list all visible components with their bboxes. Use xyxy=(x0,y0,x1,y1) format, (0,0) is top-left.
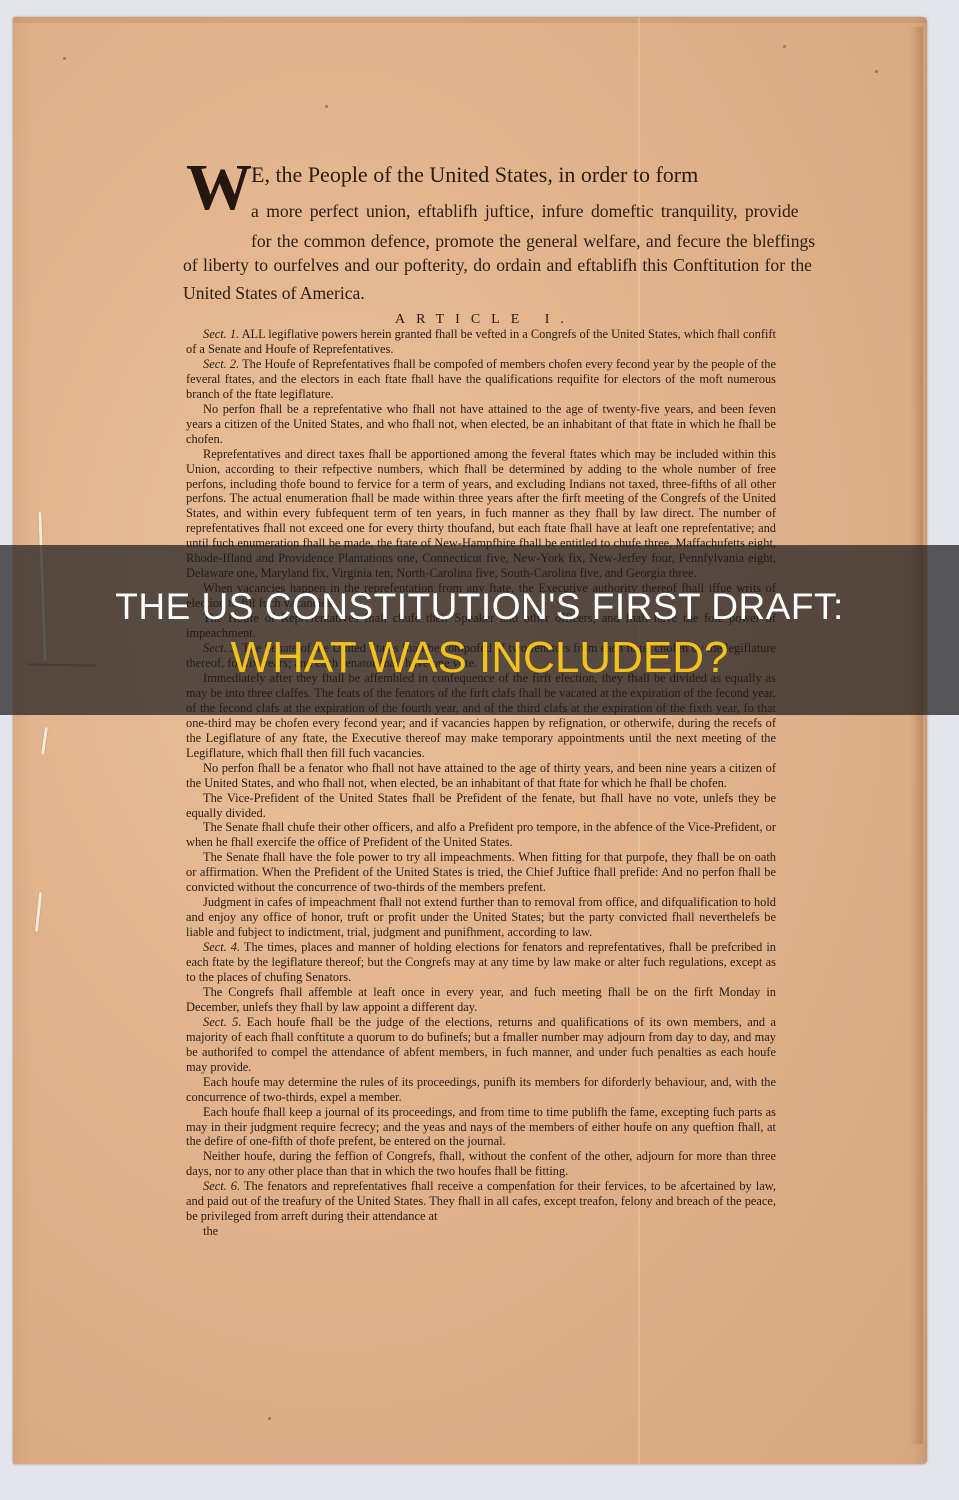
paragraph-text: Neither houfe, during the feffion of Con… xyxy=(186,1149,776,1178)
paragraph-text: The Houfe of Reprefentatives fhall be co… xyxy=(186,357,776,401)
headline-line-1: THE US CONSTITUTION'S FIRST DRAFT: xyxy=(0,585,959,629)
paragraph-text: The times, places and manner of holding … xyxy=(186,940,776,984)
paragraph-text: Judgment in cafes of impeachment fhall n… xyxy=(186,895,776,939)
article-paragraph: Sect. 6. The fenators and reprefentative… xyxy=(186,1179,776,1224)
paragraph-text: The Vice-Prefident of the United States … xyxy=(186,791,776,820)
article-paragraph: Sect. 2. The Houfe of Reprefentatives fh… xyxy=(186,357,776,402)
paragraph-text: Each houfe may determine the rules of it… xyxy=(186,1075,776,1104)
article-paragraph: No perfon fhall be a reprefentative who … xyxy=(186,402,776,447)
section-marker: Sect. 2. xyxy=(203,357,239,371)
paragraph-text: Each houfe fhall keep a journal of its p… xyxy=(186,1105,776,1149)
paragraph-text: The fenators and reprefentatives fhall r… xyxy=(186,1179,776,1223)
catchword: the xyxy=(186,1224,776,1239)
paragraph-text: No perfon fhall be a reprefentative who … xyxy=(186,402,776,446)
article-paragraph: Sect. 4. The times, places and manner of… xyxy=(186,940,776,985)
section-marker: Sect. 4. xyxy=(203,940,240,954)
preamble-line: United States of America. xyxy=(183,282,365,304)
title-overlay-band xyxy=(0,545,959,715)
constitution-document: W E, the People of the United States, in… xyxy=(0,0,959,1500)
paragraph-text: The Senate fhall have the fole power to … xyxy=(186,850,776,894)
preamble-line: for the common defence, promote the gene… xyxy=(251,230,815,252)
headline-line-2: WHAT WAS INCLUDED? xyxy=(0,632,959,684)
article-paragraph: The Senate fhall have the fole power to … xyxy=(186,850,776,895)
article-paragraph: Neither houfe, during the feffion of Con… xyxy=(186,1149,776,1179)
preamble-line: a more perfect union, eftablifh juftice,… xyxy=(251,200,799,222)
article-paragraph: The Congrefs fhall affemble at leaft onc… xyxy=(186,985,776,1015)
article-paragraph: The Senate fhall chufe their other offic… xyxy=(186,820,776,850)
article-heading: ARTICLE I. xyxy=(395,312,575,328)
preamble-line: of liberty to ourfelves and our pofterit… xyxy=(183,254,812,276)
article-paragraph: The Vice-Prefident of the United States … xyxy=(186,791,776,821)
section-marker: Sect. 5. xyxy=(203,1015,241,1029)
article-paragraph: No perfon fhall be a fenator who fhall n… xyxy=(186,761,776,791)
paragraph-text: The Congrefs fhall affemble at leaft onc… xyxy=(186,985,776,1014)
article-body: Sect. 1. ALL legiflative powers herein g… xyxy=(186,327,776,1239)
paragraph-text: Each houfe fhall be the judge of the ele… xyxy=(186,1015,776,1074)
article-paragraph: Sect. 1. ALL legiflative powers herein g… xyxy=(186,327,776,357)
article-paragraph: Judgment in cafes of impeachment fhall n… xyxy=(186,895,776,940)
paragraph-text: No perfon fhall be a fenator who fhall n… xyxy=(186,761,776,790)
section-marker: Sect. 6. xyxy=(203,1179,240,1193)
section-marker: Sect. 1. xyxy=(203,327,239,341)
article-paragraph: Each houfe fhall keep a journal of its p… xyxy=(186,1105,776,1150)
paragraph-text: ALL legiflative powers herein granted fh… xyxy=(186,327,776,356)
preamble-line: E, the People of the United States, in o… xyxy=(251,164,698,186)
paragraph-text: The Senate fhall chufe their other offic… xyxy=(186,820,776,849)
article-paragraph: Each houfe may determine the rules of it… xyxy=(186,1075,776,1105)
article-paragraph: Sect. 5. Each houfe fhall be the judge o… xyxy=(186,1015,776,1075)
drop-cap: W xyxy=(186,158,250,218)
